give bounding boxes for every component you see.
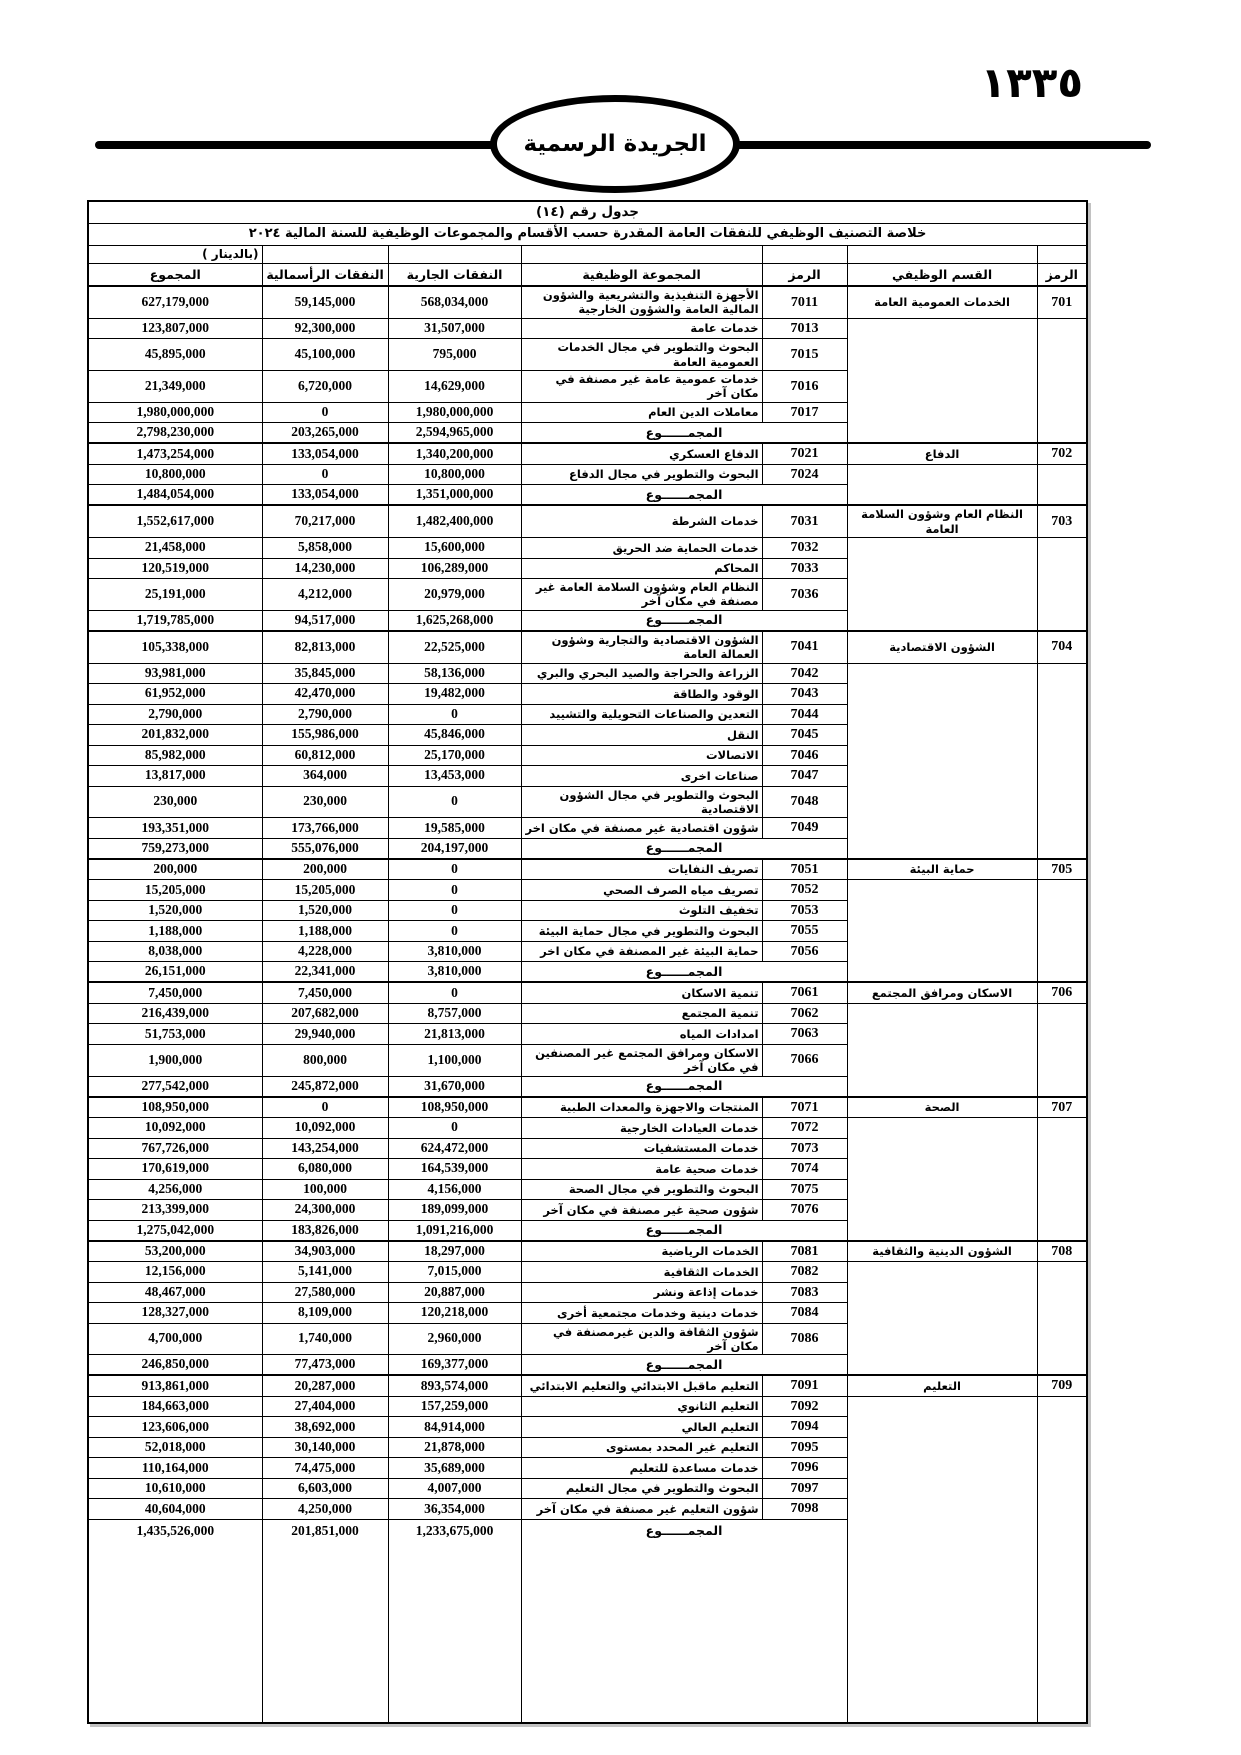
- capital-expense-cell: 6,720,000: [262, 371, 388, 403]
- capital-expense-cell: 29,940,000: [262, 1024, 388, 1045]
- group-name-cell: البحوث والتطوير في مجال الخدمات العمومية…: [521, 339, 762, 371]
- section-code-cell: 704: [1037, 631, 1087, 663]
- capital-expense-cell: 200,000: [262, 859, 388, 880]
- current-expense-cell: 1,980,000,000: [388, 402, 521, 423]
- group-code-cell: 7011: [762, 286, 847, 318]
- group-row: 7072خدمات العيادات الخارجية010,092,00010…: [88, 1118, 1087, 1139]
- budget-table-wrap: جدول رقم (١٤) خلاصة التصنيف الوظيفي للنف…: [87, 200, 1088, 1724]
- current-expense-cell: 1,482,400,000: [388, 505, 521, 537]
- current-expense-cell: 164,539,000: [388, 1159, 521, 1180]
- current-total-cell: 3,810,000: [388, 962, 521, 983]
- current-expense-cell: 58,136,000: [388, 663, 521, 684]
- group-code-cell: 7053: [762, 900, 847, 921]
- grand-total-cell: 246,850,000: [88, 1355, 262, 1376]
- group-code-cell: 7083: [762, 1282, 847, 1303]
- capital-expense-cell: 92,300,000: [262, 318, 388, 339]
- current-expense-cell: 10,800,000: [388, 464, 521, 485]
- currency-note: (بالدينار ): [88, 246, 262, 264]
- group-name-cell: البحوث والتطوير في مجال الدفاع: [521, 464, 762, 485]
- empty-cell: [521, 246, 762, 264]
- total-expense-cell: 40,604,000: [88, 1499, 262, 1520]
- empty-cell: [847, 246, 1037, 264]
- section-name-cell: الشؤون الدينية والثقافية: [847, 1241, 1037, 1262]
- section-code-empty: [1037, 663, 1087, 859]
- section-code-cell: 701: [1037, 286, 1087, 318]
- group-code-cell: 7047: [762, 766, 847, 787]
- capital-expense-cell: 42,470,000: [262, 684, 388, 705]
- group-code-cell: 7073: [762, 1138, 847, 1159]
- section-name-cell: حماية البيئة: [847, 859, 1037, 880]
- total-expense-cell: 913,861,000: [88, 1375, 262, 1396]
- group-name-cell: خدمات عمومية عامة غير مصنفة في مكان آخر: [521, 371, 762, 403]
- total-expense-cell: 1,473,254,000: [88, 443, 262, 464]
- current-total-cell: 1,625,268,000: [388, 610, 521, 631]
- current-expense-cell: 25,170,000: [388, 745, 521, 766]
- section-code-cell: 705: [1037, 859, 1087, 880]
- group-name-cell: الزراعة والحراجة والصيد البحري والبري: [521, 663, 762, 684]
- table-subtitle: خلاصة التصنيف الوظيفي للنفقات العامة الم…: [88, 224, 1087, 246]
- total-expense-cell: 123,807,000: [88, 318, 262, 339]
- total-expense-cell: 25,191,000: [88, 579, 262, 611]
- col-header-section-code: الرمز: [1037, 264, 1087, 287]
- total-expense-cell: 170,619,000: [88, 1159, 262, 1180]
- group-row: 709التعليم7091التعليم ماقبل الابتدائي وا…: [88, 1375, 1087, 1396]
- current-expense-cell: 0: [388, 704, 521, 725]
- capital-expense-cell: 8,109,000: [262, 1303, 388, 1324]
- section-total-label: المجمــــــوع: [521, 1519, 847, 1723]
- capital-expense-cell: 364,000: [262, 766, 388, 787]
- current-expense-cell: 3,810,000: [388, 941, 521, 962]
- total-expense-cell: 110,164,000: [88, 1458, 262, 1479]
- table-title: جدول رقم (١٤): [88, 201, 1087, 224]
- current-expense-cell: 893,574,000: [388, 1375, 521, 1396]
- current-expense-cell: 2,960,000: [388, 1323, 521, 1355]
- current-expense-cell: 36,354,000: [388, 1499, 521, 1520]
- group-code-cell: 7096: [762, 1458, 847, 1479]
- group-code-cell: 7032: [762, 538, 847, 559]
- total-expense-cell: 85,982,000: [88, 745, 262, 766]
- group-name-cell: الوقود والطاقة: [521, 684, 762, 705]
- group-name-cell: التعدين والصناعات التحويلية والتشييد: [521, 704, 762, 725]
- section-name-empty: [847, 1262, 1037, 1376]
- capital-expense-cell: 34,903,000: [262, 1241, 388, 1262]
- current-total-cell: 2,594,965,000: [388, 423, 521, 444]
- total-expense-cell: 4,700,000: [88, 1323, 262, 1355]
- masthead-ellipse: الجريدة الرسمية: [490, 95, 740, 193]
- capital-total-cell: 22,341,000: [262, 962, 388, 983]
- capital-total-cell: 183,826,000: [262, 1220, 388, 1241]
- total-expense-cell: 10,092,000: [88, 1118, 262, 1139]
- total-expense-cell: 105,338,000: [88, 631, 262, 663]
- group-name-cell: صناعات اخرى: [521, 766, 762, 787]
- section-code-cell: 707: [1037, 1097, 1087, 1118]
- total-expense-cell: 21,349,000: [88, 371, 262, 403]
- table-subtitle-row: خلاصة التصنيف الوظيفي للنفقات العامة الم…: [88, 224, 1087, 246]
- capital-expense-cell: 82,813,000: [262, 631, 388, 663]
- group-name-cell: النقل: [521, 725, 762, 746]
- capital-expense-cell: 5,141,000: [262, 1262, 388, 1283]
- capital-expense-cell: 0: [262, 464, 388, 485]
- group-code-cell: 7094: [762, 1417, 847, 1438]
- total-expense-cell: 213,399,000: [88, 1200, 262, 1221]
- group-name-cell: خدمات دينية وخدمات مجتمعية أخرى: [521, 1303, 762, 1324]
- total-expense-cell: 53,200,000: [88, 1241, 262, 1262]
- section-total-label: المجمــــــوع: [521, 962, 847, 983]
- group-name-cell: خدمات الحماية ضد الحريق: [521, 538, 762, 559]
- current-total-cell: 31,670,000: [388, 1076, 521, 1097]
- section-name-cell: الشؤون الاقتصادية: [847, 631, 1037, 663]
- current-expense-cell: 108,950,000: [388, 1097, 521, 1118]
- section-name-empty: [847, 1396, 1037, 1723]
- group-code-cell: 7066: [762, 1044, 847, 1076]
- total-expense-cell: 13,817,000: [88, 766, 262, 787]
- current-expense-cell: 4,007,000: [388, 1478, 521, 1499]
- section-code-cell: 702: [1037, 443, 1087, 464]
- group-name-cell: شؤون الثقافة والدين غيرمصنفة في مكان آخر: [521, 1323, 762, 1355]
- capital-expense-cell: 10,092,000: [262, 1118, 388, 1139]
- current-expense-cell: 19,585,000: [388, 818, 521, 839]
- group-name-cell: خدمات الشرطة: [521, 505, 762, 537]
- total-expense-cell: 93,981,000: [88, 663, 262, 684]
- current-expense-cell: 0: [388, 900, 521, 921]
- group-row: 702الدفاع7021الدفاع العسكري1,340,200,000…: [88, 443, 1087, 464]
- total-expense-cell: 10,800,000: [88, 464, 262, 485]
- group-code-cell: 7043: [762, 684, 847, 705]
- current-expense-cell: 22,525,000: [388, 631, 521, 663]
- empty-cell: [388, 246, 521, 264]
- total-expense-cell: 123,606,000: [88, 1417, 262, 1438]
- capital-total-cell: 245,872,000: [262, 1076, 388, 1097]
- total-expense-cell: 7,450,000: [88, 982, 262, 1003]
- current-expense-cell: 35,689,000: [388, 1458, 521, 1479]
- section-name-empty: [847, 1003, 1037, 1096]
- group-code-cell: 7049: [762, 818, 847, 839]
- current-expense-cell: 1,100,000: [388, 1044, 521, 1076]
- group-code-cell: 7092: [762, 1396, 847, 1417]
- current-expense-cell: 7,015,000: [388, 1262, 521, 1283]
- current-expense-cell: 31,507,000: [388, 318, 521, 339]
- section-total-label: المجمــــــوع: [521, 1355, 847, 1376]
- group-row: 7013خدمات عامة31,507,00092,300,000123,80…: [88, 318, 1087, 339]
- total-expense-cell: 12,156,000: [88, 1262, 262, 1283]
- capital-expense-cell: 0: [262, 402, 388, 423]
- grand-total-cell: 1,719,785,000: [88, 610, 262, 631]
- section-name-cell: التعليم: [847, 1375, 1037, 1396]
- current-expense-cell: 14,629,000: [388, 371, 521, 403]
- total-expense-cell: 51,753,000: [88, 1024, 262, 1045]
- group-code-cell: 7055: [762, 921, 847, 942]
- group-name-cell: البحوث والتطوير في مجال التعليم: [521, 1478, 762, 1499]
- capital-total-cell: 555,076,000: [262, 838, 388, 859]
- group-code-cell: 7095: [762, 1437, 847, 1458]
- capital-expense-cell: 70,217,000: [262, 505, 388, 537]
- grand-total-cell: 2,798,230,000: [88, 423, 262, 444]
- col-header-section: القسم الوظيفي: [847, 264, 1037, 287]
- group-code-cell: 7063: [762, 1024, 847, 1045]
- capital-expense-cell: 1,188,000: [262, 921, 388, 942]
- total-expense-cell: 767,726,000: [88, 1138, 262, 1159]
- capital-total-cell: 203,265,000: [262, 423, 388, 444]
- group-name-cell: امدادات المياه: [521, 1024, 762, 1045]
- group-name-cell: خدمات إذاعة ونشر: [521, 1282, 762, 1303]
- section-total-label: المجمــــــوع: [521, 485, 847, 506]
- section-name-empty: [847, 663, 1037, 859]
- capital-expense-cell: 30,140,000: [262, 1437, 388, 1458]
- group-name-cell: الدفاع العسكري: [521, 443, 762, 464]
- current-expense-cell: 795,000: [388, 339, 521, 371]
- group-row: 7032خدمات الحماية ضد الحريق15,600,0005,8…: [88, 538, 1087, 559]
- group-code-cell: 7041: [762, 631, 847, 663]
- group-name-cell: البحوث والتطوير في مجال الشؤون الاقتصادي…: [521, 786, 762, 818]
- capital-expense-cell: 4,228,000: [262, 941, 388, 962]
- current-expense-cell: 1,340,200,000: [388, 443, 521, 464]
- total-expense-cell: 15,205,000: [88, 880, 262, 901]
- total-expense-cell: 21,458,000: [88, 538, 262, 559]
- capital-expense-cell: 173,766,000: [262, 818, 388, 839]
- current-expense-cell: 19,482,000: [388, 684, 521, 705]
- section-total-label: المجمــــــوع: [521, 423, 847, 444]
- group-row: 7082الخدمات الثقافية7,015,0005,141,00012…: [88, 1262, 1087, 1283]
- current-expense-cell: 13,453,000: [388, 766, 521, 787]
- total-expense-cell: 10,610,000: [88, 1478, 262, 1499]
- group-code-cell: 7056: [762, 941, 847, 962]
- capital-expense-cell: 0: [262, 1097, 388, 1118]
- section-code-empty: [1037, 1118, 1087, 1241]
- current-expense-cell: 0: [388, 921, 521, 942]
- group-row: 707الصحة7071المنتجات والاجهزة والمعدات ا…: [88, 1097, 1087, 1118]
- group-name-cell: الخدمات الرياضية: [521, 1241, 762, 1262]
- group-row: 704الشؤون الاقتصادية7041الشؤون الاقتصادي…: [88, 631, 1087, 663]
- capital-expense-cell: 24,300,000: [262, 1200, 388, 1221]
- total-expense-cell: 1,520,000: [88, 900, 262, 921]
- total-expense-cell: 61,952,000: [88, 684, 262, 705]
- gazette-page: ١٣٣٥ الجريدة الرسمية جدول رقم (١٤) خلاصة…: [0, 0, 1241, 1755]
- capital-expense-cell: 45,100,000: [262, 339, 388, 371]
- empty-cell: [262, 246, 388, 264]
- group-row: 7092التعليم الثانوي157,259,00027,404,000…: [88, 1396, 1087, 1417]
- empty-cell: [1037, 246, 1087, 264]
- capital-expense-cell: 6,603,000: [262, 1478, 388, 1499]
- section-name-empty: [847, 1118, 1037, 1241]
- total-expense-cell: 184,663,000: [88, 1396, 262, 1417]
- grand-total-cell: 26,151,000: [88, 962, 262, 983]
- total-expense-cell: 193,351,000: [88, 818, 262, 839]
- grand-total-cell: 1,484,054,000: [88, 485, 262, 506]
- current-expense-cell: 18,297,000: [388, 1241, 521, 1262]
- current-expense-cell: 4,156,000: [388, 1179, 521, 1200]
- grand-total-cell: 1,435,526,000: [88, 1519, 262, 1723]
- group-name-cell: حماية البيئة غير المصنفة في مكان اخر: [521, 941, 762, 962]
- current-expense-cell: 0: [388, 786, 521, 818]
- page-number: ١٣٣٥: [980, 58, 1083, 107]
- col-header-current: النفقات الجارية: [388, 264, 521, 287]
- group-code-cell: 7076: [762, 1200, 847, 1221]
- current-expense-cell: 45,846,000: [388, 725, 521, 746]
- capital-expense-cell: 15,205,000: [262, 880, 388, 901]
- group-code-cell: 7017: [762, 402, 847, 423]
- section-code-empty: [1037, 1396, 1087, 1723]
- current-total-cell: 1,091,216,000: [388, 1220, 521, 1241]
- capital-total-cell: 201,851,000: [262, 1519, 388, 1723]
- current-expense-cell: 106,289,000: [388, 558, 521, 579]
- section-code-cell: 703: [1037, 505, 1087, 537]
- total-expense-cell: 627,179,000: [88, 286, 262, 318]
- group-code-cell: 7031: [762, 505, 847, 537]
- current-total-cell: 1,233,675,000: [388, 1519, 521, 1723]
- current-expense-cell: 20,979,000: [388, 579, 521, 611]
- capital-expense-cell: 230,000: [262, 786, 388, 818]
- total-expense-cell: 120,519,000: [88, 558, 262, 579]
- group-code-cell: 7071: [762, 1097, 847, 1118]
- group-code-cell: 7033: [762, 558, 847, 579]
- group-code-cell: 7082: [762, 1262, 847, 1283]
- col-header-group: المجموعة الوظيفية: [521, 264, 762, 287]
- total-expense-cell: 230,000: [88, 786, 262, 818]
- grand-total-cell: 277,542,000: [88, 1076, 262, 1097]
- section-name-cell: الصحة: [847, 1097, 1037, 1118]
- capital-expense-cell: 27,404,000: [262, 1396, 388, 1417]
- total-expense-cell: 52,018,000: [88, 1437, 262, 1458]
- section-code-empty: [1037, 318, 1087, 443]
- current-expense-cell: 84,914,000: [388, 1417, 521, 1438]
- section-code-empty: [1037, 1003, 1087, 1096]
- group-code-cell: 7046: [762, 745, 847, 766]
- current-expense-cell: 15,600,000: [388, 538, 521, 559]
- section-total-label: المجمــــــوع: [521, 610, 847, 631]
- group-row: 7062تنمية المجتمع8,757,000207,682,000216…: [88, 1003, 1087, 1024]
- capital-expense-cell: 800,000: [262, 1044, 388, 1076]
- group-code-cell: 7016: [762, 371, 847, 403]
- group-name-cell: البحوث والتطوير في مجال حماية البيئة: [521, 921, 762, 942]
- capital-expense-cell: 35,845,000: [262, 663, 388, 684]
- group-name-cell: شؤون اقتصادية غير مصنفة في مكان اخر: [521, 818, 762, 839]
- total-expense-cell: 128,327,000: [88, 1303, 262, 1324]
- group-code-cell: 7051: [762, 859, 847, 880]
- capital-expense-cell: 100,000: [262, 1179, 388, 1200]
- capital-total-cell: 77,473,000: [262, 1355, 388, 1376]
- section-total-label: المجمــــــوع: [521, 1220, 847, 1241]
- total-expense-cell: 1,900,000: [88, 1044, 262, 1076]
- group-name-cell: شؤون صحية غير مصنفة في مكان آخر: [521, 1200, 762, 1221]
- col-header-capital: النفقات الرأسمالية: [262, 264, 388, 287]
- current-expense-cell: 0: [388, 982, 521, 1003]
- group-code-cell: 7015: [762, 339, 847, 371]
- current-expense-cell: 20,887,000: [388, 1282, 521, 1303]
- group-name-cell: الشؤون الاقتصادية والتجارية وشؤون العمال…: [521, 631, 762, 663]
- group-code-cell: 7042: [762, 663, 847, 684]
- group-name-cell: تصريف مياه الصرف الصحي: [521, 880, 762, 901]
- group-row: 703النظام العام وشؤون السلامة العامة7031…: [88, 505, 1087, 537]
- section-code-cell: 708: [1037, 1241, 1087, 1262]
- group-name-cell: التعليم ماقبل الابتدائي والتعليم الابتدا…: [521, 1375, 762, 1396]
- total-expense-cell: 48,467,000: [88, 1282, 262, 1303]
- group-code-cell: 7024: [762, 464, 847, 485]
- capital-expense-cell: 59,145,000: [262, 286, 388, 318]
- group-name-cell: شؤون التعليم غير مصنفة في مكان آخر: [521, 1499, 762, 1520]
- current-expense-cell: 0: [388, 859, 521, 880]
- capital-expense-cell: 4,212,000: [262, 579, 388, 611]
- group-code-cell: 7021: [762, 443, 847, 464]
- capital-expense-cell: 155,986,000: [262, 725, 388, 746]
- capital-expense-cell: 14,230,000: [262, 558, 388, 579]
- section-code-empty: [1037, 880, 1087, 983]
- current-expense-cell: 568,034,000: [388, 286, 521, 318]
- current-total-cell: 169,377,000: [388, 1355, 521, 1376]
- group-code-cell: 7062: [762, 1003, 847, 1024]
- current-total-cell: 1,351,000,000: [388, 485, 521, 506]
- capital-expense-cell: 2,790,000: [262, 704, 388, 725]
- masthead-title: الجريدة الرسمية: [523, 131, 706, 157]
- group-code-cell: 7052: [762, 880, 847, 901]
- currency-note-row: (بالدينار ): [88, 246, 1087, 264]
- group-name-cell: خدمات المستشفيات: [521, 1138, 762, 1159]
- group-name-cell: خدمات صحية عامة: [521, 1159, 762, 1180]
- group-name-cell: التعليم الثانوي: [521, 1396, 762, 1417]
- group-name-cell: خدمات عامة: [521, 318, 762, 339]
- section-code-cell: 706: [1037, 982, 1087, 1003]
- group-code-cell: 7061: [762, 982, 847, 1003]
- budget-table-body: جدول رقم (١٤) خلاصة التصنيف الوظيفي للنف…: [88, 201, 1087, 1723]
- total-expense-cell: 1,188,000: [88, 921, 262, 942]
- capital-expense-cell: 4,250,000: [262, 1499, 388, 1520]
- grand-total-cell: 1,275,042,000: [88, 1220, 262, 1241]
- column-header-row: الرمز القسم الوظيفي الرمز المجموعة الوظي…: [88, 264, 1087, 287]
- total-expense-cell: 108,950,000: [88, 1097, 262, 1118]
- group-name-cell: خدمات مساعدة للتعليم: [521, 1458, 762, 1479]
- group-name-cell: تخفيف التلوث: [521, 900, 762, 921]
- total-expense-cell: 4,256,000: [88, 1179, 262, 1200]
- group-name-cell: النظام العام وشؤون السلامة العامة غير مص…: [521, 579, 762, 611]
- capital-expense-cell: 20,287,000: [262, 1375, 388, 1396]
- current-expense-cell: 21,813,000: [388, 1024, 521, 1045]
- current-total-cell: 204,197,000: [388, 838, 521, 859]
- total-expense-cell: 1,980,000,000: [88, 402, 262, 423]
- capital-expense-cell: 133,054,000: [262, 443, 388, 464]
- col-header-total: المجموع: [88, 264, 262, 287]
- current-expense-cell: 21,878,000: [388, 1437, 521, 1458]
- capital-expense-cell: 1,740,000: [262, 1323, 388, 1355]
- grand-total-cell: 759,273,000: [88, 838, 262, 859]
- section-code-empty: [1037, 464, 1087, 505]
- total-expense-cell: 45,895,000: [88, 339, 262, 371]
- section-code-empty: [1037, 538, 1087, 631]
- current-expense-cell: 0: [388, 1118, 521, 1139]
- capital-expense-cell: 27,580,000: [262, 1282, 388, 1303]
- col-header-group-code: الرمز: [762, 264, 847, 287]
- group-name-cell: الأجهزة التنفيذية والتشريعية والشؤون الم…: [521, 286, 762, 318]
- group-code-cell: 7098: [762, 1499, 847, 1520]
- capital-expense-cell: 74,475,000: [262, 1458, 388, 1479]
- section-code-empty: [1037, 1262, 1087, 1376]
- group-name-cell: معاملات الدين العام: [521, 402, 762, 423]
- capital-expense-cell: 207,682,000: [262, 1003, 388, 1024]
- section-name-empty: [847, 538, 1037, 631]
- group-code-cell: 7081: [762, 1241, 847, 1262]
- group-name-cell: خدمات العيادات الخارجية: [521, 1118, 762, 1139]
- total-expense-cell: 216,439,000: [88, 1003, 262, 1024]
- capital-total-cell: 94,517,000: [262, 610, 388, 631]
- group-code-cell: 7097: [762, 1478, 847, 1499]
- group-name-cell: المحاكم: [521, 558, 762, 579]
- group-code-cell: 7075: [762, 1179, 847, 1200]
- group-row: 7052تصريف مياه الصرف الصحي015,205,00015,…: [88, 880, 1087, 901]
- current-expense-cell: 120,218,000: [388, 1303, 521, 1324]
- section-name-cell: النظام العام وشؤون السلامة العامة: [847, 505, 1037, 537]
- section-name-empty: [847, 880, 1037, 983]
- total-expense-cell: 200,000: [88, 859, 262, 880]
- group-row: 706الاسكان ومرافق المجتمع7061تنمية الاسك…: [88, 982, 1087, 1003]
- group-row: 7024البحوث والتطوير في مجال الدفاع10,800…: [88, 464, 1087, 485]
